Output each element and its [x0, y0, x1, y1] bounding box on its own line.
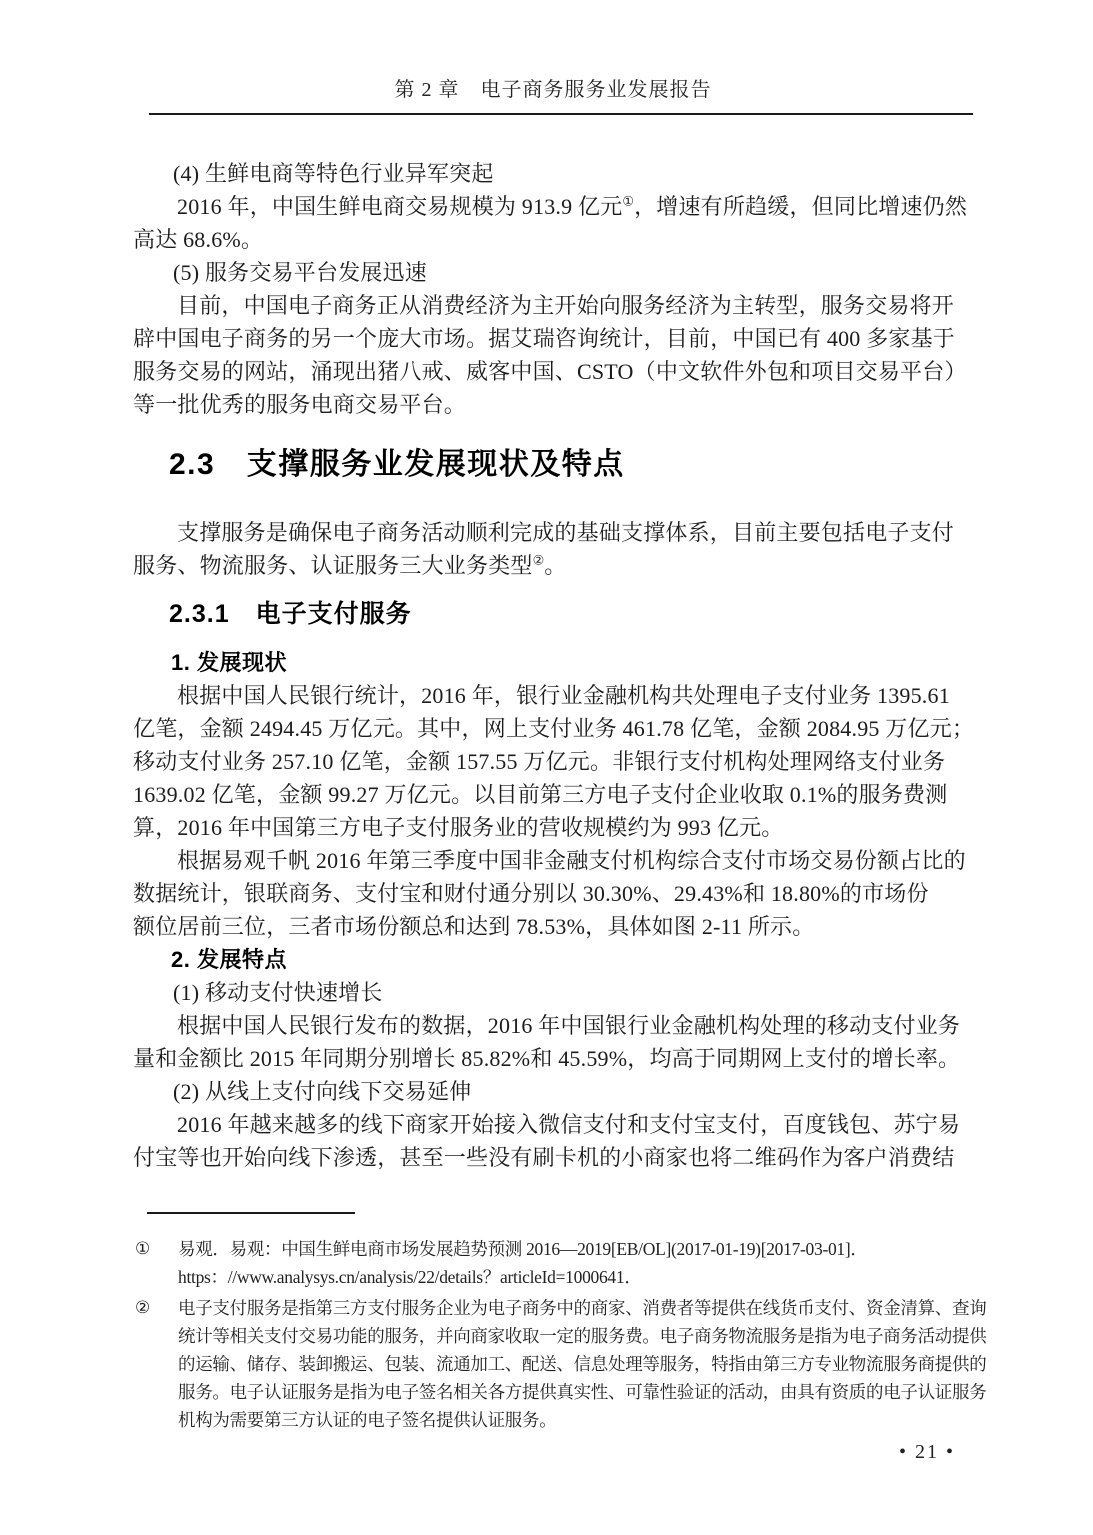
list-item-m1: (1) 移动支付快速增长 — [133, 976, 973, 1009]
text-column: 第 2 章 电子商务服务业发展报告 (4) 生鲜电商等特色行业异军突起 2016… — [133, 0, 973, 1466]
bold-item-1: 1. 发展现状 — [133, 646, 973, 679]
paragraph-line: 根据易观千帆 2016 年第三季度中国非金融支付机构综合支付市场交易份额占比的 — [133, 844, 973, 877]
section-heading-2-3: 2.3 支撑服务业发展现状及特点 — [169, 443, 973, 487]
footnote-2-marker: ② — [135, 1294, 150, 1322]
paragraph-line: 等一批优秀的服务电商交易平台。 — [133, 388, 973, 421]
paragraph-text: 2016 年，中国生鲜电商交易规模为 913.9 亿元 — [177, 194, 622, 219]
paragraph-line: 1639.02 亿笔，金额 99.27 万亿元。以目前第三方电子支付企业收取 0… — [133, 778, 973, 811]
paragraph-text: 。 — [544, 553, 566, 578]
paragraph-line: 辟中国电子商务的另一个庞大市场。据艾瑞咨询统计，目前，中国已有 400 多家基于 — [133, 322, 973, 355]
footnote-line: 统计等相关支付交易功能的服务，并向商家收取一定的服务费。电子商务物流服务是指为电… — [178, 1322, 973, 1350]
paragraph-line: 算，2016 年中国第三方电子支付服务业的营收规模约为 993 亿元。 — [133, 811, 973, 844]
footnotes: ① 易观．易观：中国生鲜电商市场发展趋势预测 2016—2019[EB/OL](… — [133, 1235, 973, 1434]
footnote-line: 易观．易观：中国生鲜电商市场发展趋势预测 2016—2019[EB/OL](20… — [178, 1235, 973, 1263]
footnote-line: 电子支付服务是指第三方支付服务企业为电子商务中的商家、消费者等提供在线货币支付、… — [178, 1294, 973, 1322]
paragraph-line: 根据中国人民银行发布的数据，2016 年中国银行业金融机构处理的移动支付业务 — [133, 1009, 973, 1042]
footnote-url: https：//www.analysys.cn/analysis/22/deta… — [178, 1263, 973, 1291]
header-rule — [149, 113, 973, 115]
paragraph-line: 支撑服务是确保电子商务活动顺利完成的基础支撑体系，目前主要包括电子支付 — [133, 516, 973, 549]
footnote-line: 机构为需要第三方认证的电子签名提供认证服务。 — [178, 1406, 973, 1434]
list-item-5: (5) 服务交易平台发展迅速 — [133, 256, 973, 289]
paragraph-line: 额位居前三位，三者市场份额总和达到 78.53%，具体如图 2-11 所示。 — [133, 910, 973, 943]
paragraph-line: 亿笔，金额 2494.45 万亿元。其中，网上支付业务 461.78 亿笔，金额… — [133, 712, 973, 745]
paragraph-line: 2016 年，中国生鲜电商交易规模为 913.9 亿元①，增速有所趋缓，但同比增… — [133, 190, 973, 223]
paragraph-line: 付宝等也开始向线下渗透，甚至一些没有刷卡机的小商家也将二维码作为客户消费结 — [133, 1141, 973, 1174]
footnote-line: 服务。电子认证服务是指为电子签名相关各方提供真实性、可靠性验证的活动，由具有资质… — [178, 1378, 973, 1406]
footnote-1: ① 易观．易观：中国生鲜电商市场发展趋势预测 2016—2019[EB/OL](… — [133, 1235, 973, 1291]
footnote-1-marker: ① — [135, 1235, 150, 1263]
page-number: • 21 • — [133, 1438, 973, 1466]
footnote-ref-2: ② — [533, 553, 545, 568]
paragraph-line: 数据统计，银联商务、支付宝和财付通分别以 30.30%、29.43%和 18.8… — [133, 877, 973, 910]
footnote-divider — [147, 1212, 355, 1214]
footnote-line: 的运输、储存、装卸搬运、包装、流通加工、配送、信息处理等服务，特指由第三方专业物… — [178, 1350, 973, 1378]
paragraph-line: 量和金额比 2015 年同期分别增长 85.82%和 45.59%，均高于同期网… — [133, 1042, 973, 1075]
list-item-4: (4) 生鲜电商等特色行业异军突起 — [133, 157, 973, 190]
footnote-ref-1: ① — [622, 194, 634, 209]
subsection-heading-2-3-1: 2.3.1 电子支付服务 — [169, 596, 973, 632]
footnote-2: ② 电子支付服务是指第三方支付服务企业为电子商务中的商家、消费者等提供在线货币支… — [133, 1294, 973, 1434]
body-text: (4) 生鲜电商等特色行业异军突起 2016 年，中国生鲜电商交易规模为 913… — [133, 157, 973, 1174]
paragraph-line: 目前，中国电子商务正从消费经济为主开始向服务经济为主转型，服务交易将开 — [133, 289, 973, 322]
document-page: 第 2 章 电子商务服务业发展报告 (4) 生鲜电商等特色行业异军突起 2016… — [0, 0, 1093, 1535]
paragraph-line: 根据中国人民银行统计，2016 年，银行业金融机构共处理电子支付业务 1395.… — [133, 679, 973, 712]
paragraph-line: 移动支付业务 257.10 亿笔，金额 157.55 万亿元。非银行支付机构处理… — [133, 745, 973, 778]
chapter-header: 第 2 章 电子商务服务业发展报告 — [133, 76, 973, 104]
paragraph-line: 高达 68.6%。 — [133, 223, 973, 256]
paragraph-line: 2016 年越来越多的线下商家开始接入微信支付和支付宝支付，百度钱包、苏宁易 — [133, 1108, 973, 1141]
paragraph-line: 服务、物流服务、认证服务三大业务类型②。 — [133, 549, 973, 582]
list-item-m2: (2) 从线上支付向线下交易延伸 — [133, 1075, 973, 1108]
paragraph-text: 服务、物流服务、认证服务三大业务类型 — [133, 553, 533, 578]
paragraph-line: 服务交易的网站，涌现出猪八戒、威客中国、CSTO（中文软件外包和项目交易平台） — [133, 355, 973, 388]
bold-item-2: 2. 发展特点 — [133, 943, 973, 976]
paragraph-text: ，增速有所趋缓，但同比增速仍然 — [634, 194, 967, 219]
